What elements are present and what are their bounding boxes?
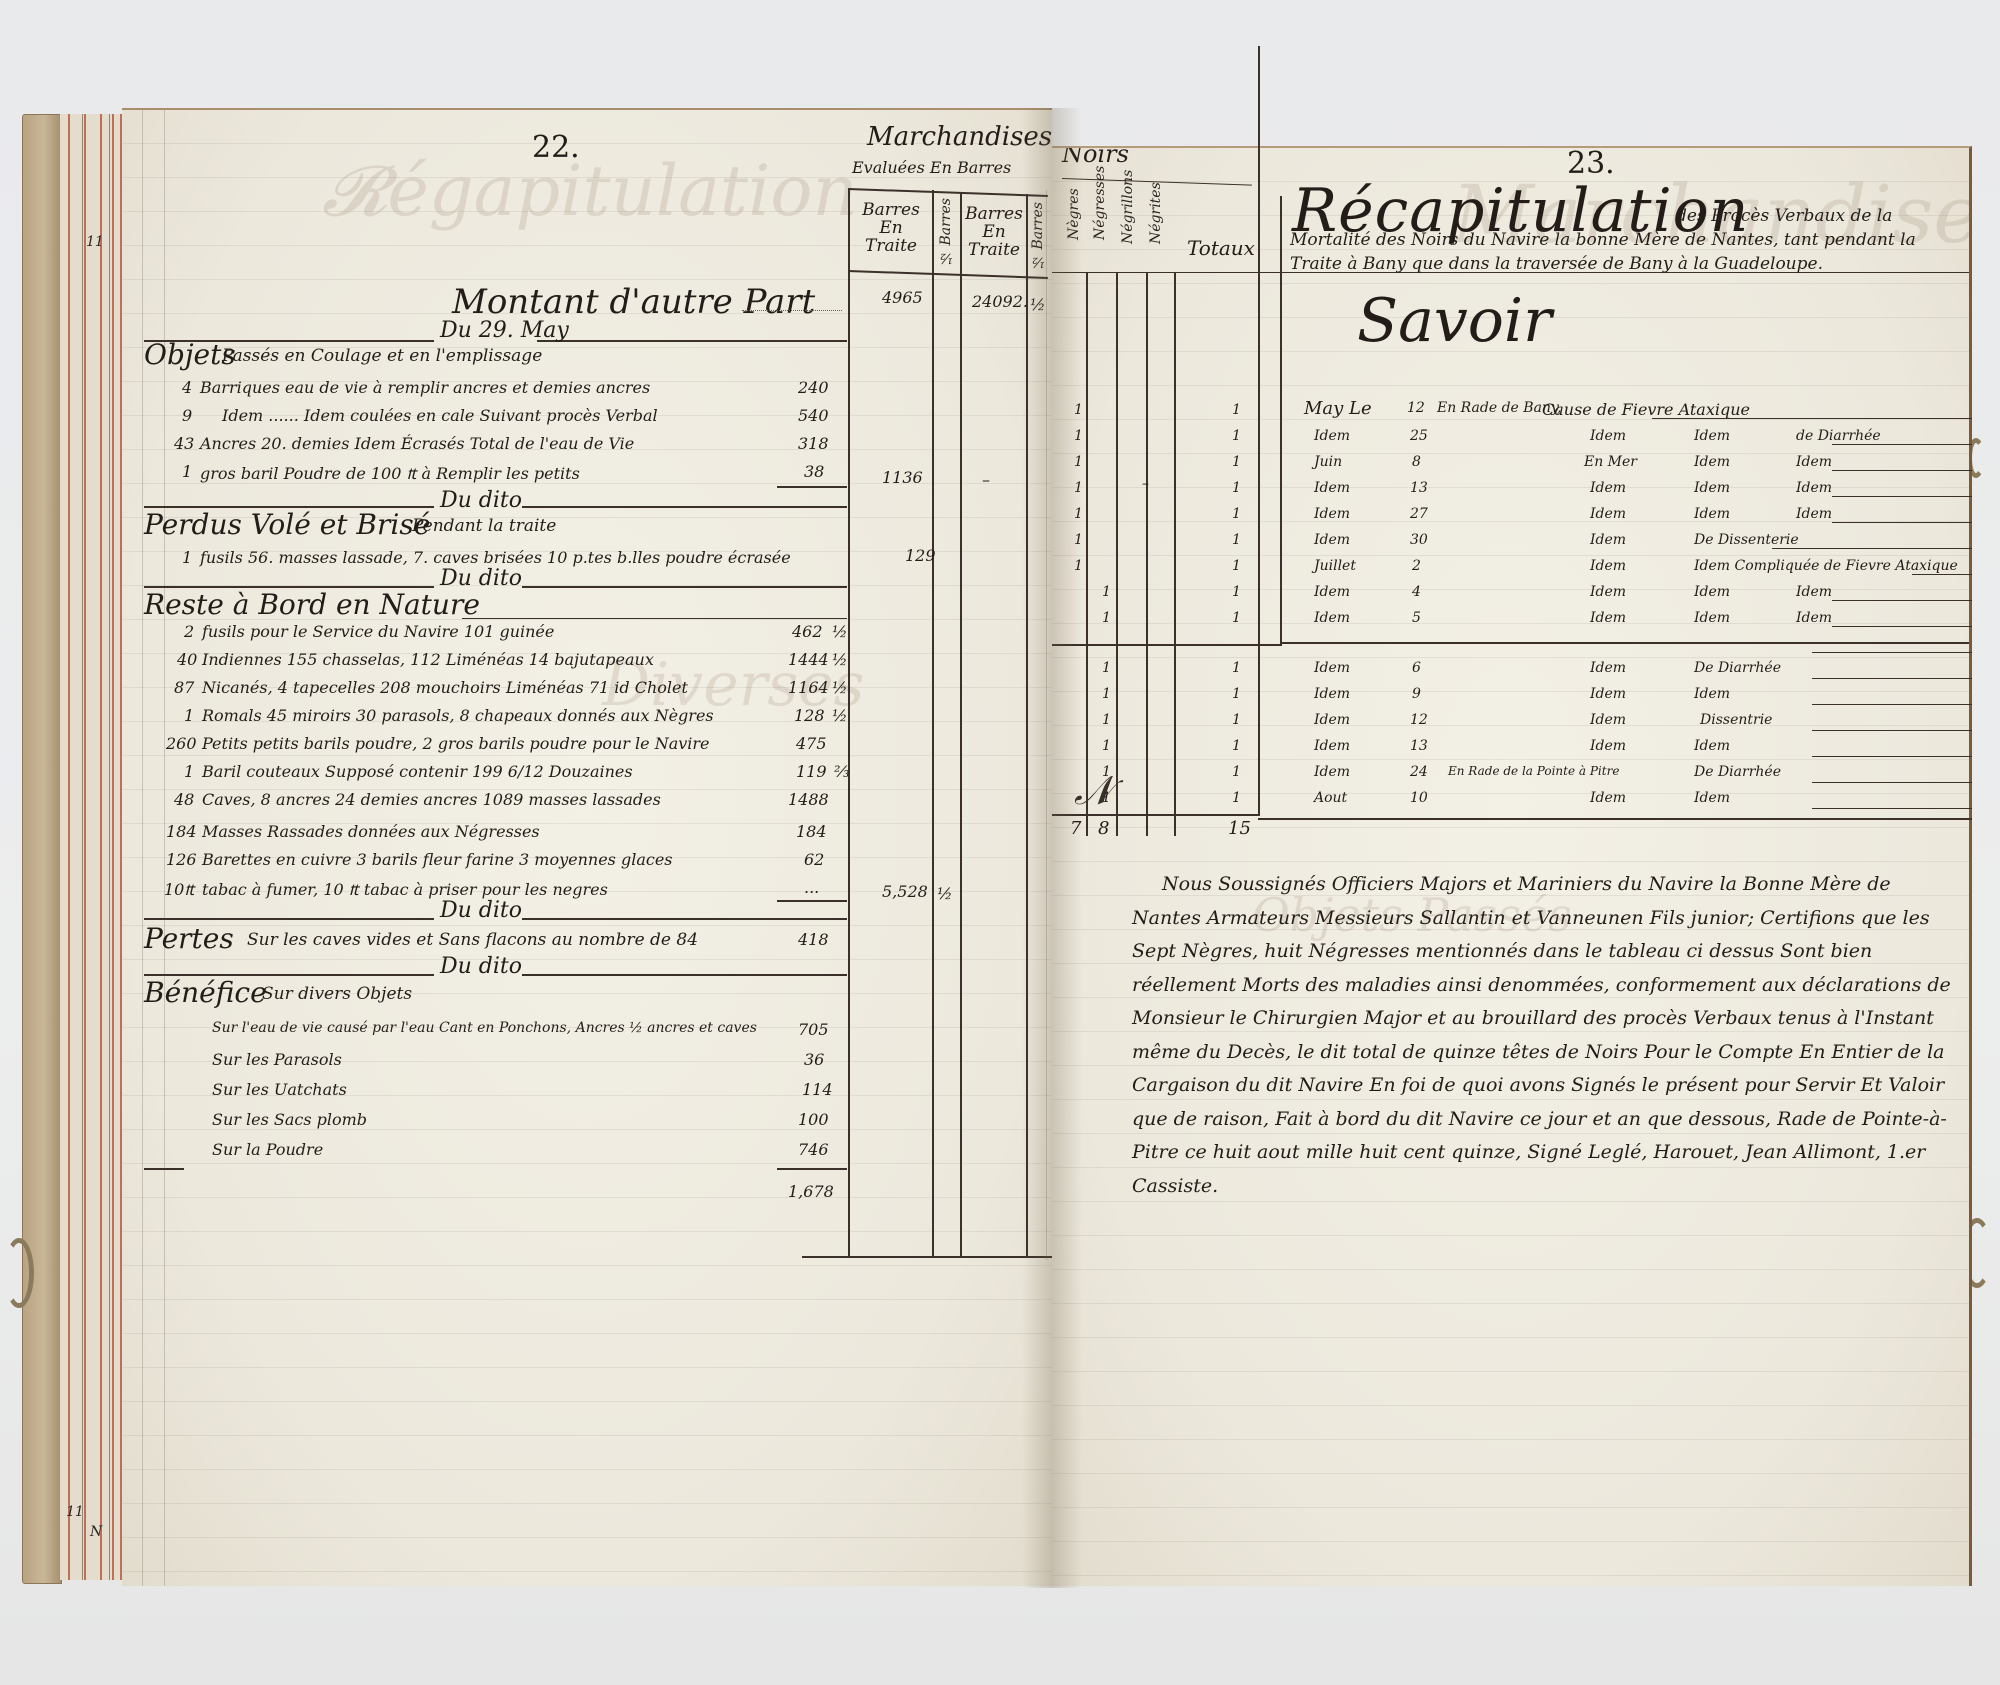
binding-tie-left [4,1238,34,1308]
column-header-barres-traite: Barres En Traite [852,202,930,256]
total-negres: 7 [1070,818,1081,839]
section-subtotal-mark: – [982,470,990,489]
section-date: Du dito [440,954,522,979]
section-subtitle: Passés en Coulage et en l'emplissage [222,346,542,366]
ink-bleed-through: 𝓡égapitulation [322,150,858,233]
section-subtitle: Sur divers Objets [262,984,412,1004]
section-title: Pertes [144,922,234,955]
section-subtotal: 5,528 [882,882,928,901]
total-all: 15 [1228,818,1251,839]
margin-tab-number: 11 [66,1504,84,1520]
section-date: Du dito [440,488,522,513]
section-subtotal: 129 [905,546,936,565]
section-total: 1,678 [788,1182,834,1201]
section-subtitle: Sur les caves vides et Sans flacons au n… [247,930,698,950]
carried-forward-label: Montant d'autre Part [452,282,815,322]
page-number: 22. [532,130,580,165]
column-header-barres-traite-2: Barres En Traite [964,206,1024,260]
margin-tab-number: N [90,1524,102,1540]
section-subtotal-mark: ½ [937,884,953,903]
left-page-22: 𝓡égapitulation Diverses 22. Marchandises… [122,108,1052,1586]
column-header-half-barres-2: ½ Barres [1030,210,1046,270]
attestation-text: Nous Soussignés Officiers Majors et Mari… [1132,868,1962,1203]
section-title: Perdus Volé et Brisé [144,508,430,541]
column-group-title: Marchandises [867,122,1052,152]
section-subtitle: Pendant la traite [412,516,556,536]
section-inline-amount: 418 [798,930,829,949]
stacked-page-edges: 11 11 N [60,114,124,1580]
column-group-subtitle: Evaluées En Barres [852,158,1011,177]
section-title: Bénéfice [144,976,267,1009]
margin-tab-number: 11 [86,234,104,250]
section-title: Reste à Bord en Nature [144,588,480,621]
section-date: Du dito [440,898,522,923]
column-header-half-barres: ½ Barres [938,206,954,266]
mortality-table-continued: 11Idem6IdemDe Diarrhée 11Idem9IdemIdem 1… [1052,146,1972,1586]
carried-forward-total: 24092. [972,292,1028,311]
section-subtotal: 1136 [882,468,923,487]
total-negresses: 8 [1098,818,1109,839]
section-date: Du 29. May [440,318,569,343]
carried-forward-barres: 4965 [882,288,923,307]
book-cover-edge [22,114,62,1584]
carried-forward-half: ½ [1030,295,1046,314]
